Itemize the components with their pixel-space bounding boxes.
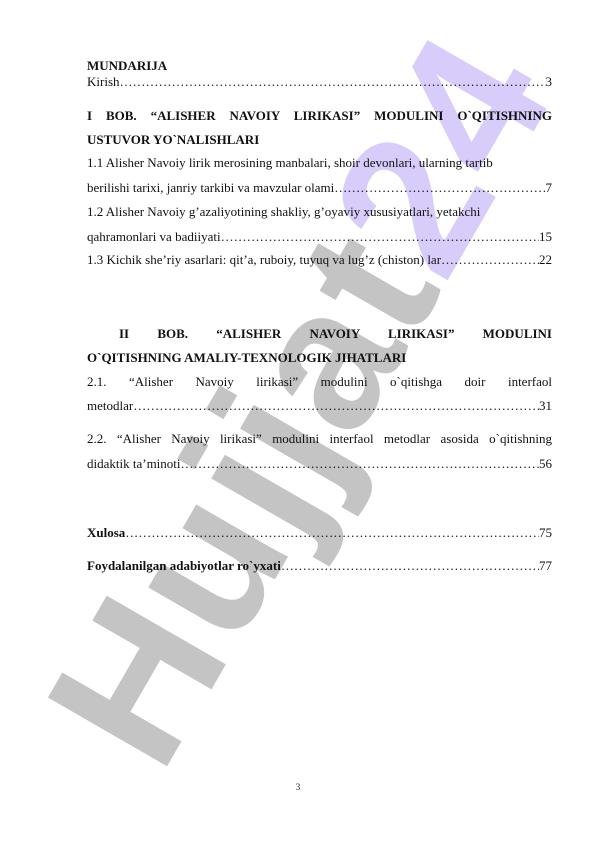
toc-page-number: 15 — [539, 229, 552, 245]
toc-entry-1-2[interactable]: qahramonlari va badiiyati15 — [87, 229, 552, 245]
toc-leader-dots — [125, 525, 539, 541]
toc-entry-label: Kirish — [87, 74, 120, 90]
toc-page-number: 75 — [539, 525, 552, 541]
toc-page-number: 7 — [546, 180, 553, 196]
toc-entry-label: didaktik ta’minoti — [87, 456, 181, 472]
chapter2-heading-line2: O`QITISHNING AMALIY-TEXNOLOGIK JIHATLARI — [87, 350, 552, 366]
toc-leader-dots — [221, 229, 539, 245]
toc-page-number: 22 — [539, 252, 552, 268]
toc-leader-dots — [334, 180, 545, 196]
toc-leader-dots — [181, 456, 539, 472]
toc-entry-label: 1.3 Kichik she’riy asarlari: qit’a, rubo… — [87, 252, 441, 268]
toc-entry-label: Foydalanilgan adabiyotlar ro`yxati — [87, 558, 281, 574]
toc-leader-dots — [133, 398, 539, 414]
toc-entry-1-3[interactable]: 1.3 Kichik she’riy asarlari: qit’a, rubo… — [87, 252, 552, 268]
toc-entry-label: Xulosa — [87, 525, 125, 541]
toc-page-number: 31 — [539, 398, 552, 414]
document-page: Hujjat24 MUNDARIJA Kirish3 I BOB. “ALISH… — [0, 0, 596, 842]
toc-entry-2-2-line1[interactable]: 2.2. “Alisher Navoiy lirikasi” modulini … — [87, 431, 552, 447]
chapter1-heading-line1: I BOB. “ALISHER NAVOIY LIRIKASI” MODULIN… — [87, 108, 552, 124]
toc-page-number: 77 — [539, 558, 552, 574]
toc-leader-dots — [441, 252, 539, 268]
toc-entry-label: metodlar — [87, 398, 133, 414]
toc-page-number: 3 — [546, 74, 553, 90]
toc-title: MUNDARIJA — [87, 58, 552, 74]
chapter2-heading-line1: II BOB. “ALISHER NAVOIY LIRIKASI” MODULI… — [87, 326, 552, 342]
page-number: 3 — [0, 782, 596, 792]
toc-leader-dots — [120, 74, 546, 90]
watermark-text-hujjat: Hujjat — [4, 196, 481, 799]
toc-entry-2-2[interactable]: didaktik ta’minoti56 — [87, 456, 552, 472]
toc-entry-1-1[interactable]: berilishi tarixi, janriy tarkibi va mavz… — [87, 180, 552, 196]
toc-entry-2-1[interactable]: metodlar31 — [87, 398, 552, 414]
chapter1-heading-line2: USTUVOR YO`NALISHLARI — [87, 132, 552, 148]
toc-entry-conclusion[interactable]: Xulosa75 — [87, 525, 552, 541]
toc-entry-1-2-line1[interactable]: 1.2 Alisher Navoiy g’azaliyotining shakl… — [87, 204, 552, 220]
toc-entry-references[interactable]: Foydalanilgan adabiyotlar ro`yxati77 — [87, 558, 552, 574]
toc-entry-intro[interactable]: Kirish3 — [87, 74, 552, 90]
toc-entry-1-1-line1[interactable]: 1.1 Alisher Navoiy lirik merosining manb… — [87, 155, 552, 171]
toc-entry-label: qahramonlari va badiiyati — [87, 229, 221, 245]
toc-entry-2-1-line1[interactable]: 2.1. “Alisher Navoiy lirikasi” modulini … — [87, 374, 552, 390]
toc-leader-dots — [281, 558, 539, 574]
toc-page-number: 56 — [539, 456, 552, 472]
toc-entry-label: berilishi tarixi, janriy tarkibi va mavz… — [87, 180, 334, 196]
